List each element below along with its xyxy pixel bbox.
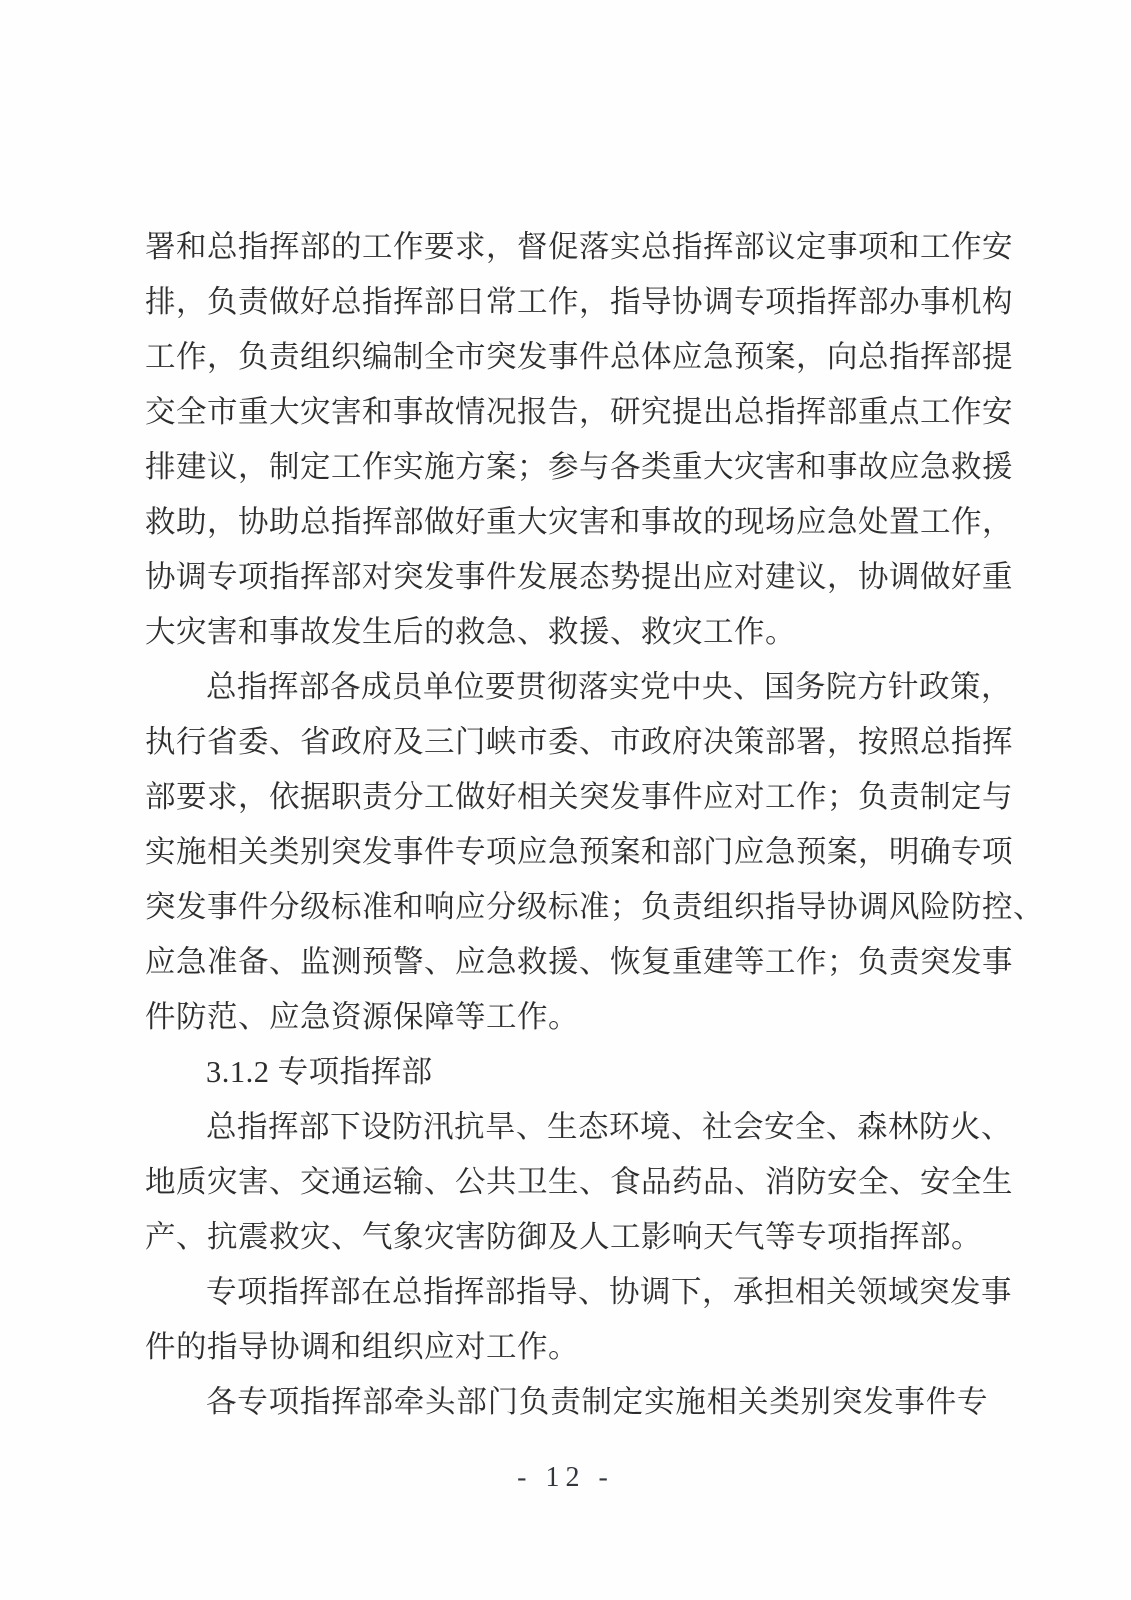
- text-line: 各专项指挥部牵头部门负责制定实施相关类别突发事件专: [145, 1375, 988, 1430]
- text-line: 专项指挥部在总指挥部指导、协调下，承担相关领域突发事: [145, 1265, 988, 1320]
- text-line: 突发事件分级标准和响应分级标准；负责组织指导协调风险防控、: [145, 880, 988, 935]
- text-line: 件的指导协调和组织应对工作。: [145, 1320, 988, 1375]
- text-line: 协调专项指挥部对突发事件发展态势提出应对建议，协调做好重: [145, 550, 988, 605]
- paragraph: 总指挥部下设防汛抗旱、生态环境、社会安全、森林防火、 地质灾害、交通运输、公共卫…: [145, 1100, 988, 1265]
- text-line: 部要求，依据职责分工做好相关突发事件应对工作；负责制定与: [145, 770, 988, 825]
- text-line: 大灾害和事故发生后的救急、救援、救灾工作。: [145, 605, 988, 660]
- paragraph: 署和总指挥部的工作要求，督促落实总指挥部议定事项和工作安 排，负责做好总指挥部日…: [145, 220, 988, 660]
- text-line: 件防范、应急资源保障等工作。: [145, 990, 988, 1045]
- text-line: 交全市重大灾害和事故情况报告，研究提出总指挥部重点工作安: [145, 385, 988, 440]
- document-page: 署和总指挥部的工作要求，督促落实总指挥部议定事项和工作安 排，负责做好总指挥部日…: [0, 0, 1131, 1600]
- text-line: 署和总指挥部的工作要求，督促落实总指挥部议定事项和工作安: [145, 220, 988, 275]
- section-heading-line: 3.1.2 专项指挥部: [145, 1045, 988, 1100]
- text-line: 排，负责做好总指挥部日常工作，指导协调专项指挥部办事机构: [145, 275, 988, 330]
- page-footer: - 12 -: [0, 1462, 1131, 1494]
- text-line: 产、抗震救灾、气象灾害防御及人工影响天气等专项指挥部。: [145, 1210, 988, 1265]
- text-line: 工作，负责组织编制全市突发事件总体应急预案，向总指挥部提: [145, 330, 988, 385]
- section-heading: 3.1.2 专项指挥部: [145, 1045, 988, 1100]
- text-line: 实施相关类别突发事件专项应急预案和部门应急预案，明确专项: [145, 825, 988, 880]
- text-line: 地质灾害、交通运输、公共卫生、食品药品、消防安全、安全生: [145, 1155, 988, 1210]
- paragraph: 各专项指挥部牵头部门负责制定实施相关类别突发事件专: [145, 1375, 988, 1430]
- text-line: 排建议，制定工作实施方案；参与各类重大灾害和事故应急救援: [145, 440, 988, 495]
- paragraph: 专项指挥部在总指挥部指导、协调下，承担相关领域突发事 件的指导协调和组织应对工作…: [145, 1265, 988, 1375]
- paragraph: 总指挥部各成员单位要贯彻落实党中央、国务院方针政策， 执行省委、省政府及三门峡市…: [145, 660, 988, 1045]
- text-line: 救助，协助总指挥部做好重大灾害和事故的现场应急处置工作，: [145, 495, 988, 550]
- text-line: 总指挥部下设防汛抗旱、生态环境、社会安全、森林防火、: [145, 1100, 988, 1155]
- document-body: 署和总指挥部的工作要求，督促落实总指挥部议定事项和工作安 排，负责做好总指挥部日…: [145, 220, 988, 1430]
- text-line: 执行省委、省政府及三门峡市委、市政府决策部署，按照总指挥: [145, 715, 988, 770]
- text-line: 应急准备、监测预警、应急救援、恢复重建等工作；负责突发事: [145, 935, 988, 990]
- page-number: - 12 -: [517, 1462, 614, 1493]
- text-line: 总指挥部各成员单位要贯彻落实党中央、国务院方针政策，: [145, 660, 988, 715]
